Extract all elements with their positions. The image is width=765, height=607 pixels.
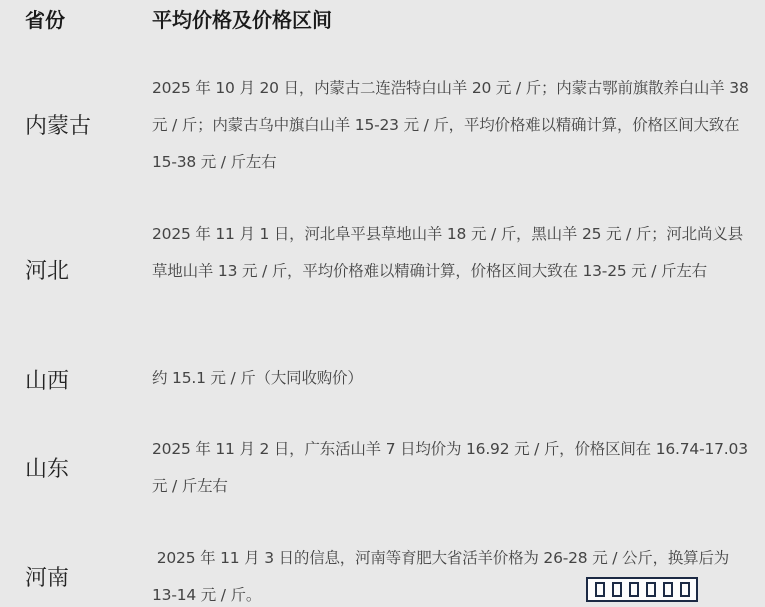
price-cell: 2025 年 11 月 1 日，河北阜平县草地山羊 18 元 / 斤，黑山羊 2…: [152, 216, 752, 290]
watermark-logo-icon: [586, 577, 698, 602]
province-cell: 山西: [25, 364, 69, 395]
price-cell: 2025 年 11 月 2 日，广东活山羊 7 日均价为 16.92 元 / 斤…: [152, 431, 752, 505]
province-cell: 内蒙古: [25, 109, 91, 140]
province-cell: 河北: [25, 254, 69, 285]
header-province: 省份: [25, 4, 65, 33]
price-cell: 2025 年 10 月 20 日，内蒙古二连浩特白山羊 20 元 / 斤；内蒙古…: [152, 70, 752, 181]
province-cell: 河南: [25, 561, 69, 592]
price-cell: 约 15.1 元 / 斤（大同收购价）: [152, 360, 752, 397]
header-price: 平均价格及价格区间: [152, 4, 332, 33]
province-cell: 山东: [25, 452, 69, 483]
